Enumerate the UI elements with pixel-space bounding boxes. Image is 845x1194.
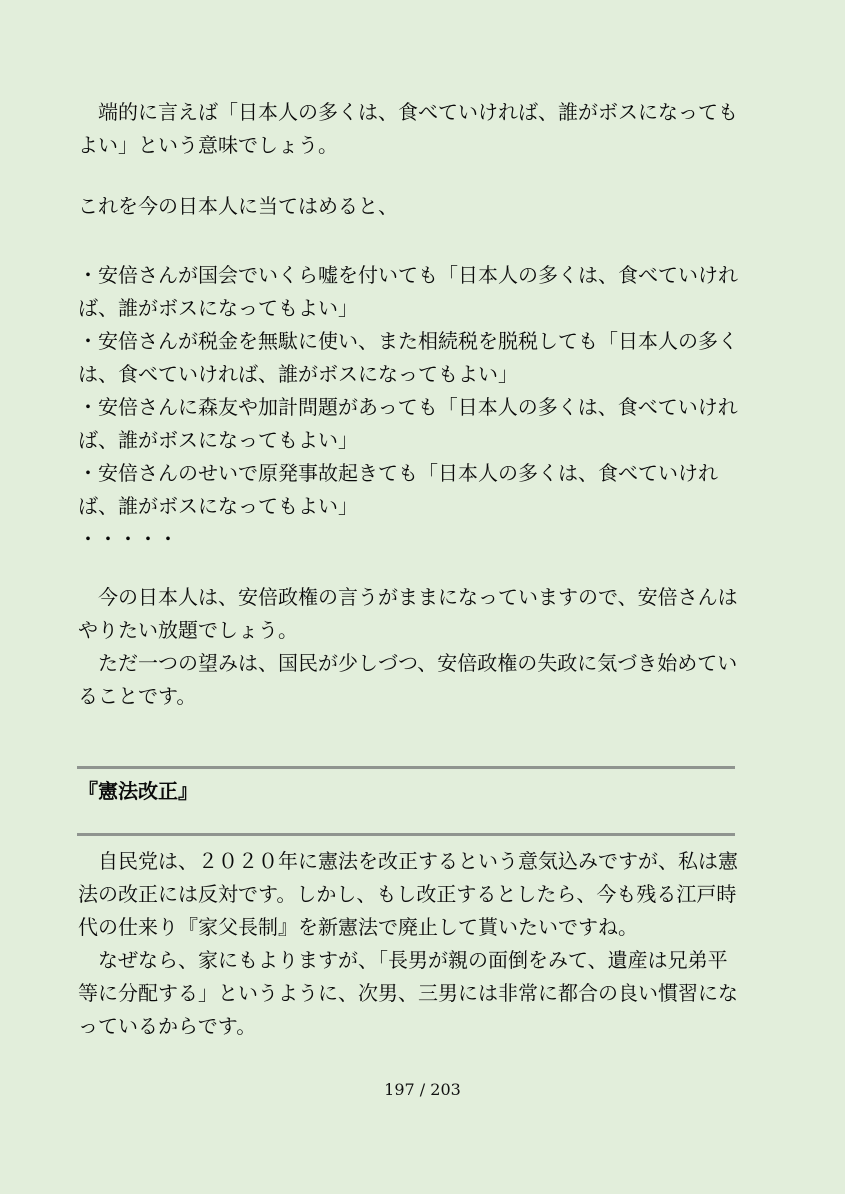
bullet-item-nuclear: ・安倍さんのせいで原発事故起きても「日本人の多くは、食べていければ、誰がボスにな… <box>78 457 742 523</box>
paragraph-commentary-1: 今の日本人は、安倍政権の言うがままになっていますので、安倍さんはやりたい放題でし… <box>78 581 742 647</box>
constitution-section: 自民党は、２０２０年に憲法を改正するという意気込みですが、私は憲法の改正には反対… <box>78 845 742 1043</box>
paragraph-commentary-2: ただ一つの望みは、国民が少しづつ、安倍政権の失政に気づき始めていることです。 <box>78 647 742 713</box>
section-heading: 『憲法改正』 <box>78 775 742 808</box>
ellipsis-line: ・・・・・ <box>78 523 742 556</box>
paragraph-constitution-1: 自民党は、２０２０年に憲法を改正するという意気込みですが、私は憲法の改正には反対… <box>78 845 742 944</box>
paragraph-intro: 端的に言えば「日本人の多くは、食べていければ、誰がボスになってもよい」という意味… <box>78 96 742 162</box>
document-page: 端的に言えば「日本人の多くは、食べていければ、誰がボスになってもよい」という意味… <box>0 0 845 1194</box>
paragraph-lead-in: これを今の日本人に当てはめると、 <box>78 190 742 223</box>
section-divider-bottom <box>77 833 735 836</box>
commentary-section: 今の日本人は、安倍政権の言うがままになっていますので、安倍さんはやりたい放題でし… <box>78 581 742 713</box>
paragraph-constitution-2: なぜなら、家にもよりますが、「長男が親の面倒をみて、遺産は兄弟平等に分配する」と… <box>78 944 742 1043</box>
page-indicator: 197 / 203 <box>0 1080 845 1100</box>
section-divider-top <box>77 766 735 769</box>
bullet-item-scandals: ・安倍さんに森友や加計問題があっても「日本人の多くは、食べていければ、誰がボスに… <box>78 391 742 457</box>
bullet-list: ・安倍さんが国会でいくら嘘を付いても「日本人の多くは、食べていければ、誰がボスに… <box>78 259 742 556</box>
bullet-item-taxes: ・安倍さんが税金を無駄に使い、また相続税を脱税しても「日本人の多くは、食べていけ… <box>78 325 742 391</box>
bullet-item-lies: ・安倍さんが国会でいくら嘘を付いても「日本人の多くは、食べていければ、誰がボスに… <box>78 259 742 325</box>
